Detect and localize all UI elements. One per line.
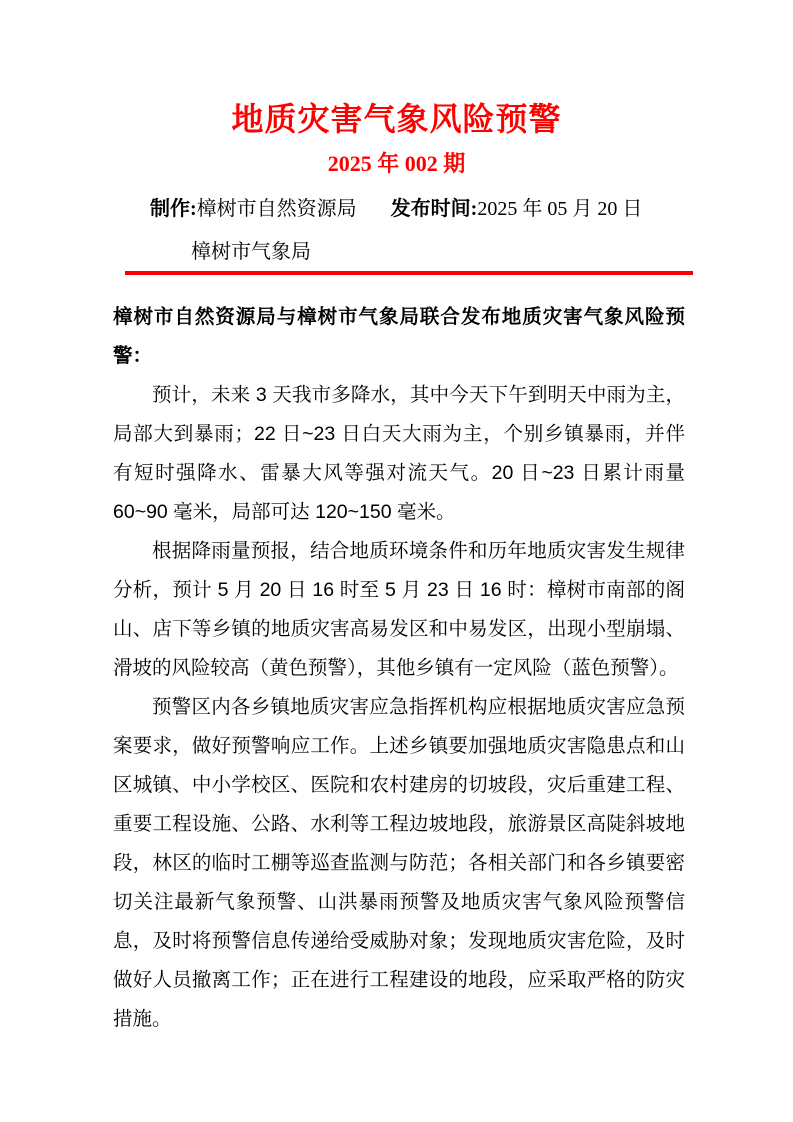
meta-row-producer-publish: 制作:樟树市自然资源局发布时间:2025 年 05 月 20 日 — [150, 192, 642, 221]
paragraph-rain-forecast: 预计，未来 3 天我市多降水，其中今天下午到明天中雨为主，局部大到暴雨；22 日… — [113, 376, 685, 532]
producer-org-2: 樟树市气象局 — [191, 235, 311, 264]
publish-time-value: 2025 年 05 月 20 日 — [477, 198, 642, 220]
producer-label: 制作: — [150, 198, 197, 220]
paragraph-response-measures: 预警区内各乡镇地质灾害应急指挥机构应根据地质灾害应急预案要求，做好预警响应工作。… — [113, 688, 685, 1039]
joint-release-heading: 樟树市自然资源局与樟树市气象局联合发布地质灾害气象风险预警： — [113, 298, 685, 376]
producer-org-1: 樟树市自然资源局 — [197, 198, 357, 220]
publish-time-label: 发布时间: — [391, 198, 478, 220]
page-title: 地质灾害气象风险预警 — [0, 94, 793, 140]
producer-item: 制作:樟树市自然资源局 — [150, 198, 357, 220]
bulletin-body: 樟树市自然资源局与樟树市气象局联合发布地质灾害气象风险预警： 预计，未来 3 天… — [113, 298, 685, 1039]
paragraph-risk-analysis: 根据降雨量预报，结合地质环境条件和历年地质灾害发生规律分析，预计 5 月 20 … — [113, 532, 685, 688]
warning-bulletin-page: 地质灾害气象风险预警 2025 年 002 期 制作:樟树市自然资源局发布时间:… — [0, 0, 793, 1122]
issue-number: 2025 年 002 期 — [0, 147, 793, 178]
red-divider-line — [125, 271, 693, 275]
publish-item: 发布时间:2025 年 05 月 20 日 — [391, 198, 643, 220]
